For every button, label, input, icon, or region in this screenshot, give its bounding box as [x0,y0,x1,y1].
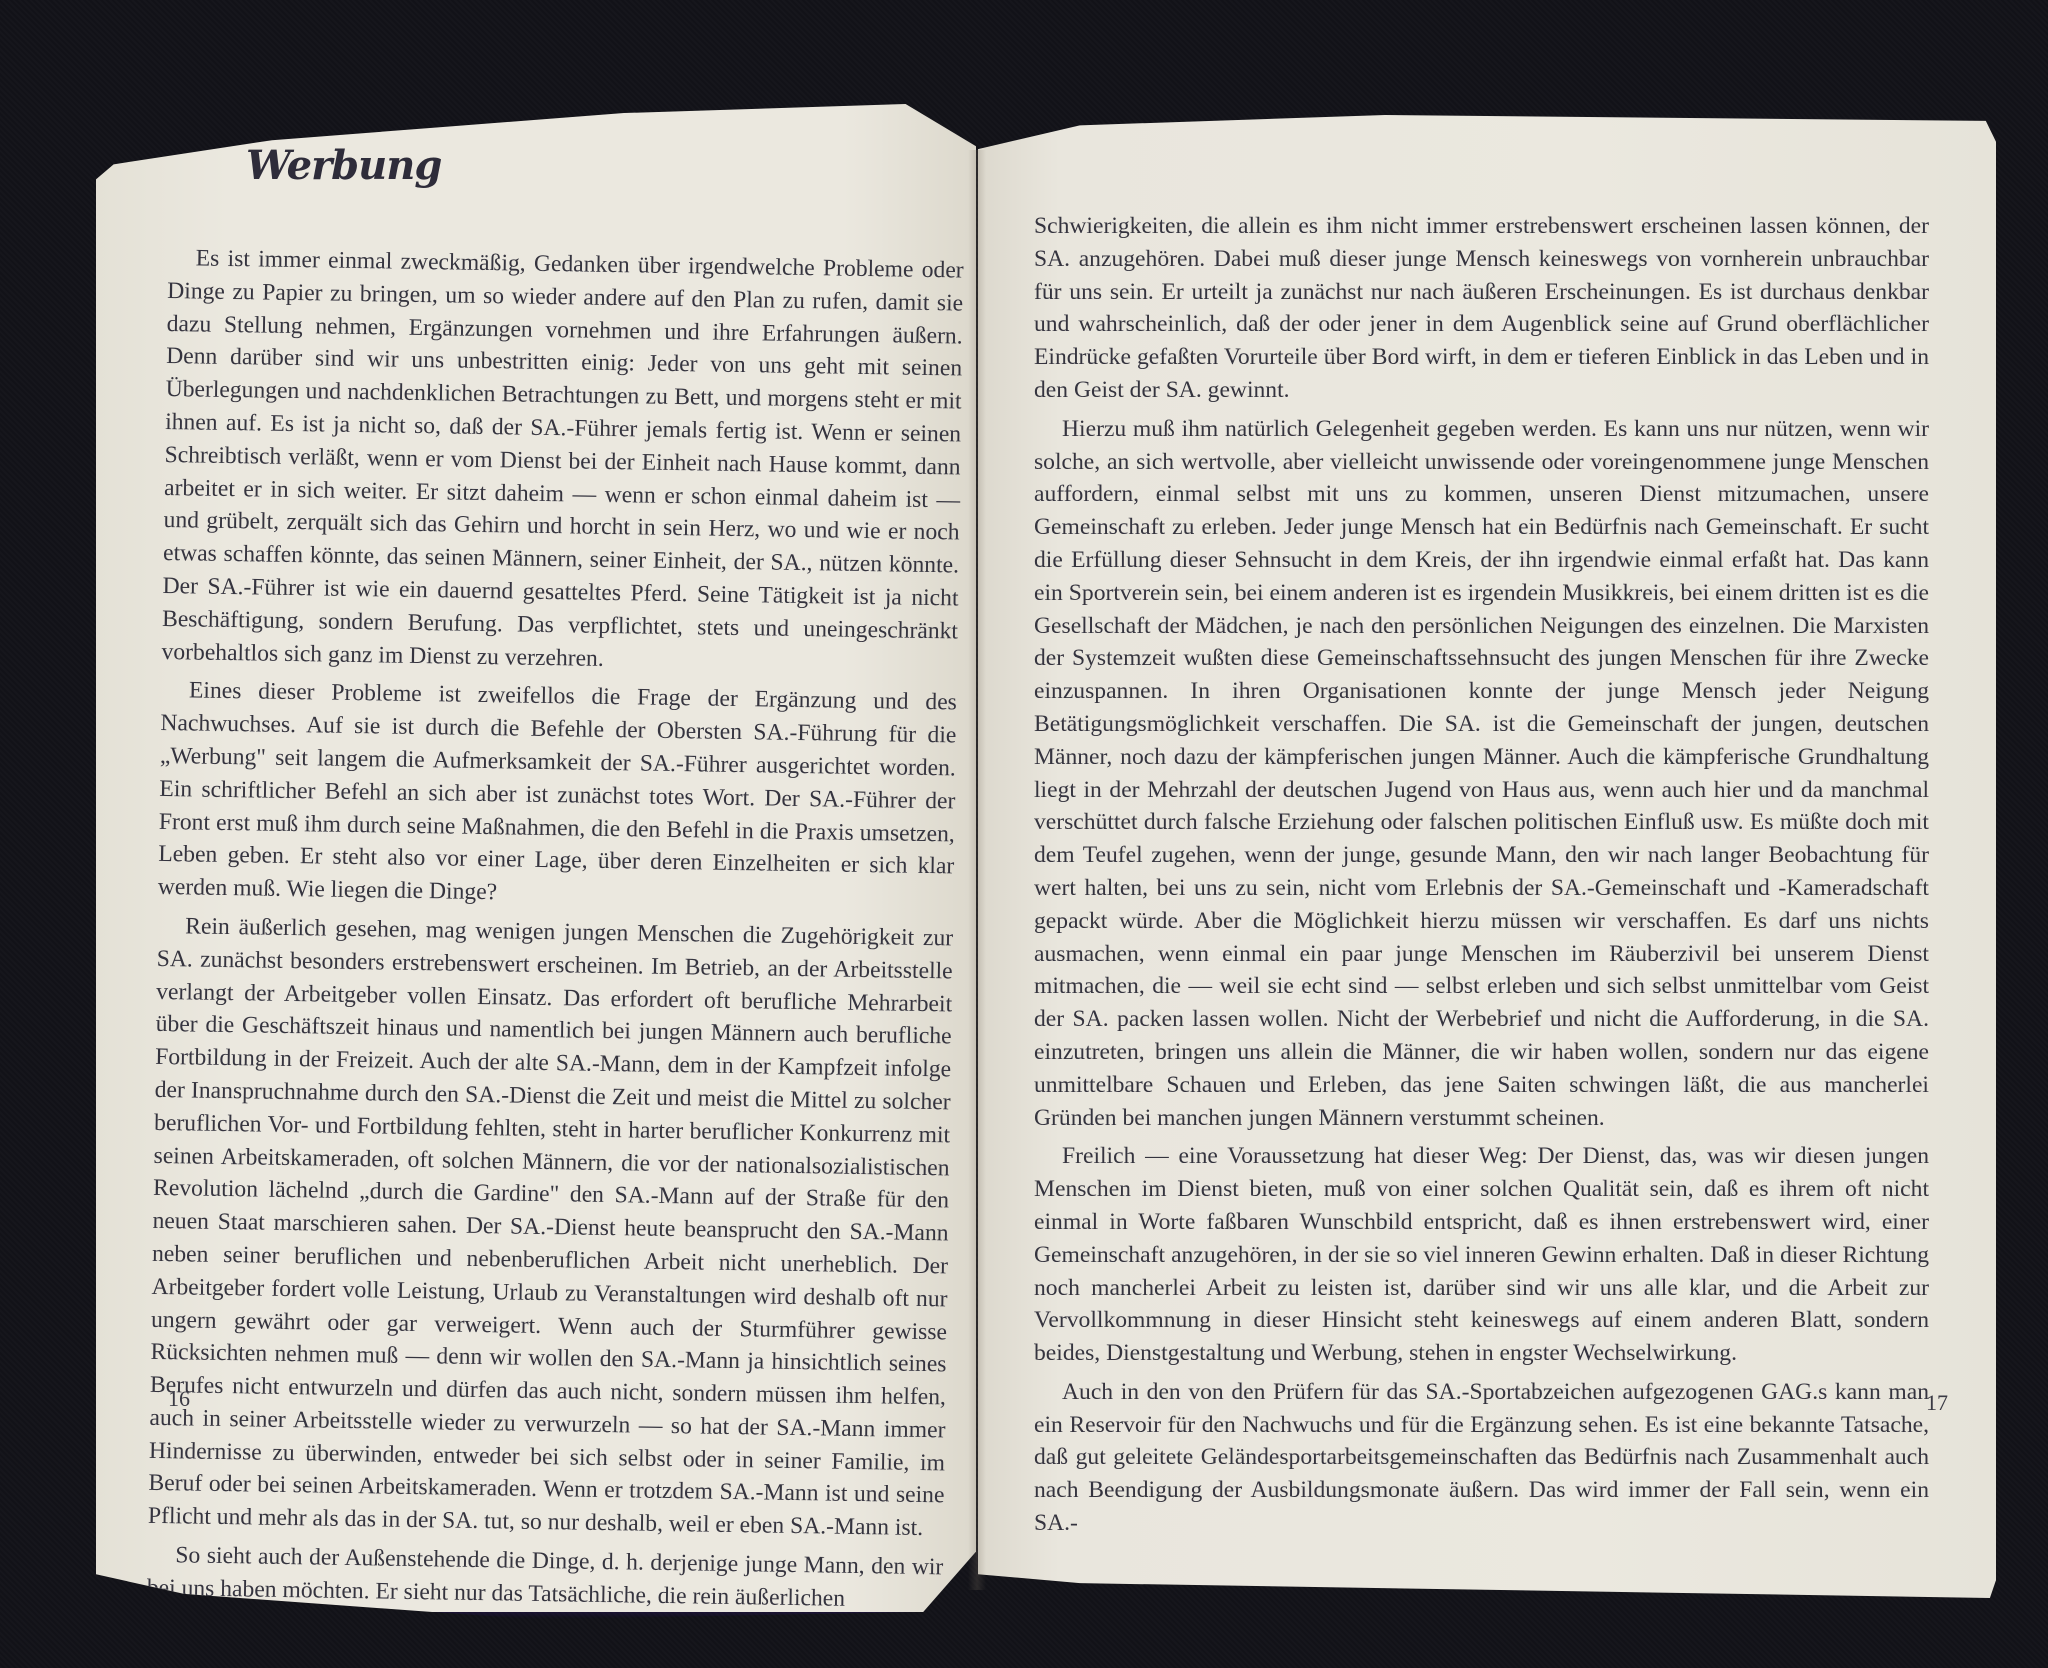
paragraph: Rein äußerlich gesehen, mag wenigen jung… [148,910,954,1546]
paragraph: Auch in den von den Prüfern für das SA.-… [1034,1376,1929,1540]
page-number: 17 [1926,1390,1948,1416]
paragraph: So sieht auch der Außenstehende die Ding… [147,1539,944,1617]
paragraph: Schwierigkeiten, die allein es ihm nicht… [1034,210,1929,407]
paragraph: Es ist immer einmal zweckmäßig, Gedanken… [161,242,964,681]
left-page: Werbung Es ist immer einmal zweckmäßig, … [96,104,976,1612]
left-page-body: Es ist immer einmal zweckmäßig, Gedanken… [147,242,964,1623]
paragraph: Freilich — eine Voraussetzung hat dieser… [1034,1140,1929,1370]
page-number: 16 [168,1386,190,1412]
paragraph: Hierzu muß ihm natürlich Gelegenheit geg… [1034,413,1929,1135]
paragraph: Eines dieser Probleme ist zweifellos die… [158,674,958,916]
chapter-heading: Werbung [246,142,441,189]
right-page-body: Schwierigkeiten, die allein es ihm nicht… [1034,210,1929,1546]
book-gutter [968,150,986,1590]
right-page: Schwierigkeiten, die allein es ihm nicht… [978,112,1996,1598]
